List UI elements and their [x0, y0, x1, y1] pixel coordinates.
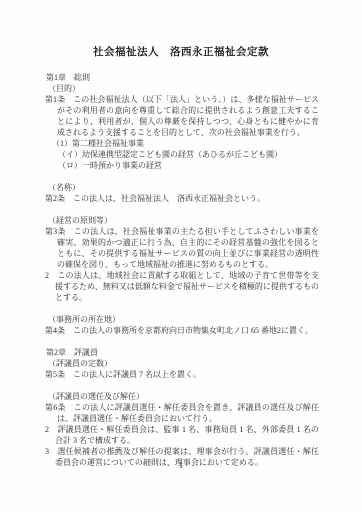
article-4-text: 第4条 この法人の事務所を京都府向日市物集女町北ノ口 65 番地2に置く。: [45, 325, 319, 336]
chapter-1-heading: 第1章 総則: [45, 72, 319, 83]
councillors-number-label: （評議員の定数）: [45, 358, 319, 369]
article-2-text: 第2条 この法人は、社会福祉法人 洛西永正福祉会という。: [45, 193, 319, 204]
chapter-2-heading: 第2章 評議員: [45, 347, 319, 358]
article-1-text: 第1条 この社会福祉法人（以下「法人」という。）は、多様な福祉サービスがその利用…: [45, 94, 319, 138]
purpose-label: （目的）: [45, 83, 319, 94]
name-label: （名称）: [45, 182, 319, 193]
article-5-text: 第5条 この法人に評議員 7 名以上を置く。: [45, 369, 319, 380]
councillors-appointment-label: （評議員の選任及び解任）: [45, 391, 319, 402]
article-1-item-1: （1）第二種社会福祉事業: [45, 138, 319, 149]
article-3-para-2: 2 この法人は、地域社会に貢献する取組として、地域の子育て世帯等を支援するため、…: [45, 270, 319, 303]
document-body: 第1章 総則 （目的） 第1条 この社会福祉法人（以下「法人」という。）は、多様…: [45, 72, 319, 468]
page-number: 1: [0, 461, 362, 470]
article-1-item-1-ro: （ロ）一時預かり事業の経営: [45, 160, 319, 171]
document-title: 社会福祉法人 洛西永正福祉会定款: [0, 44, 362, 59]
article-3-text: 第3条 この法人は、社会福祉事業の主たる担い手としてふさわしい事業を確実、効果的…: [45, 226, 319, 270]
article-1-item-1-i: （イ）幼保連携型認定こども園の経営（あひるが丘こども園）: [45, 149, 319, 160]
article-6-para-2: 2 評議員選任・解任委員会は、監事 1 名、事務局員 1 名、外部委員 1 名の…: [45, 424, 319, 446]
document-page: 社会福祉法人 洛西永正福祉会定款 第1章 総則 （目的） 第1条 この社会福祉法…: [0, 0, 362, 512]
article-6-text: 第6条 この法人に評議員選任・解任委員会を置き、評議員の選任及び解任は、評議員選…: [45, 402, 319, 424]
management-principles-label: （経営の原則等）: [45, 215, 319, 226]
office-location-label: （事務所の所在地）: [45, 314, 319, 325]
